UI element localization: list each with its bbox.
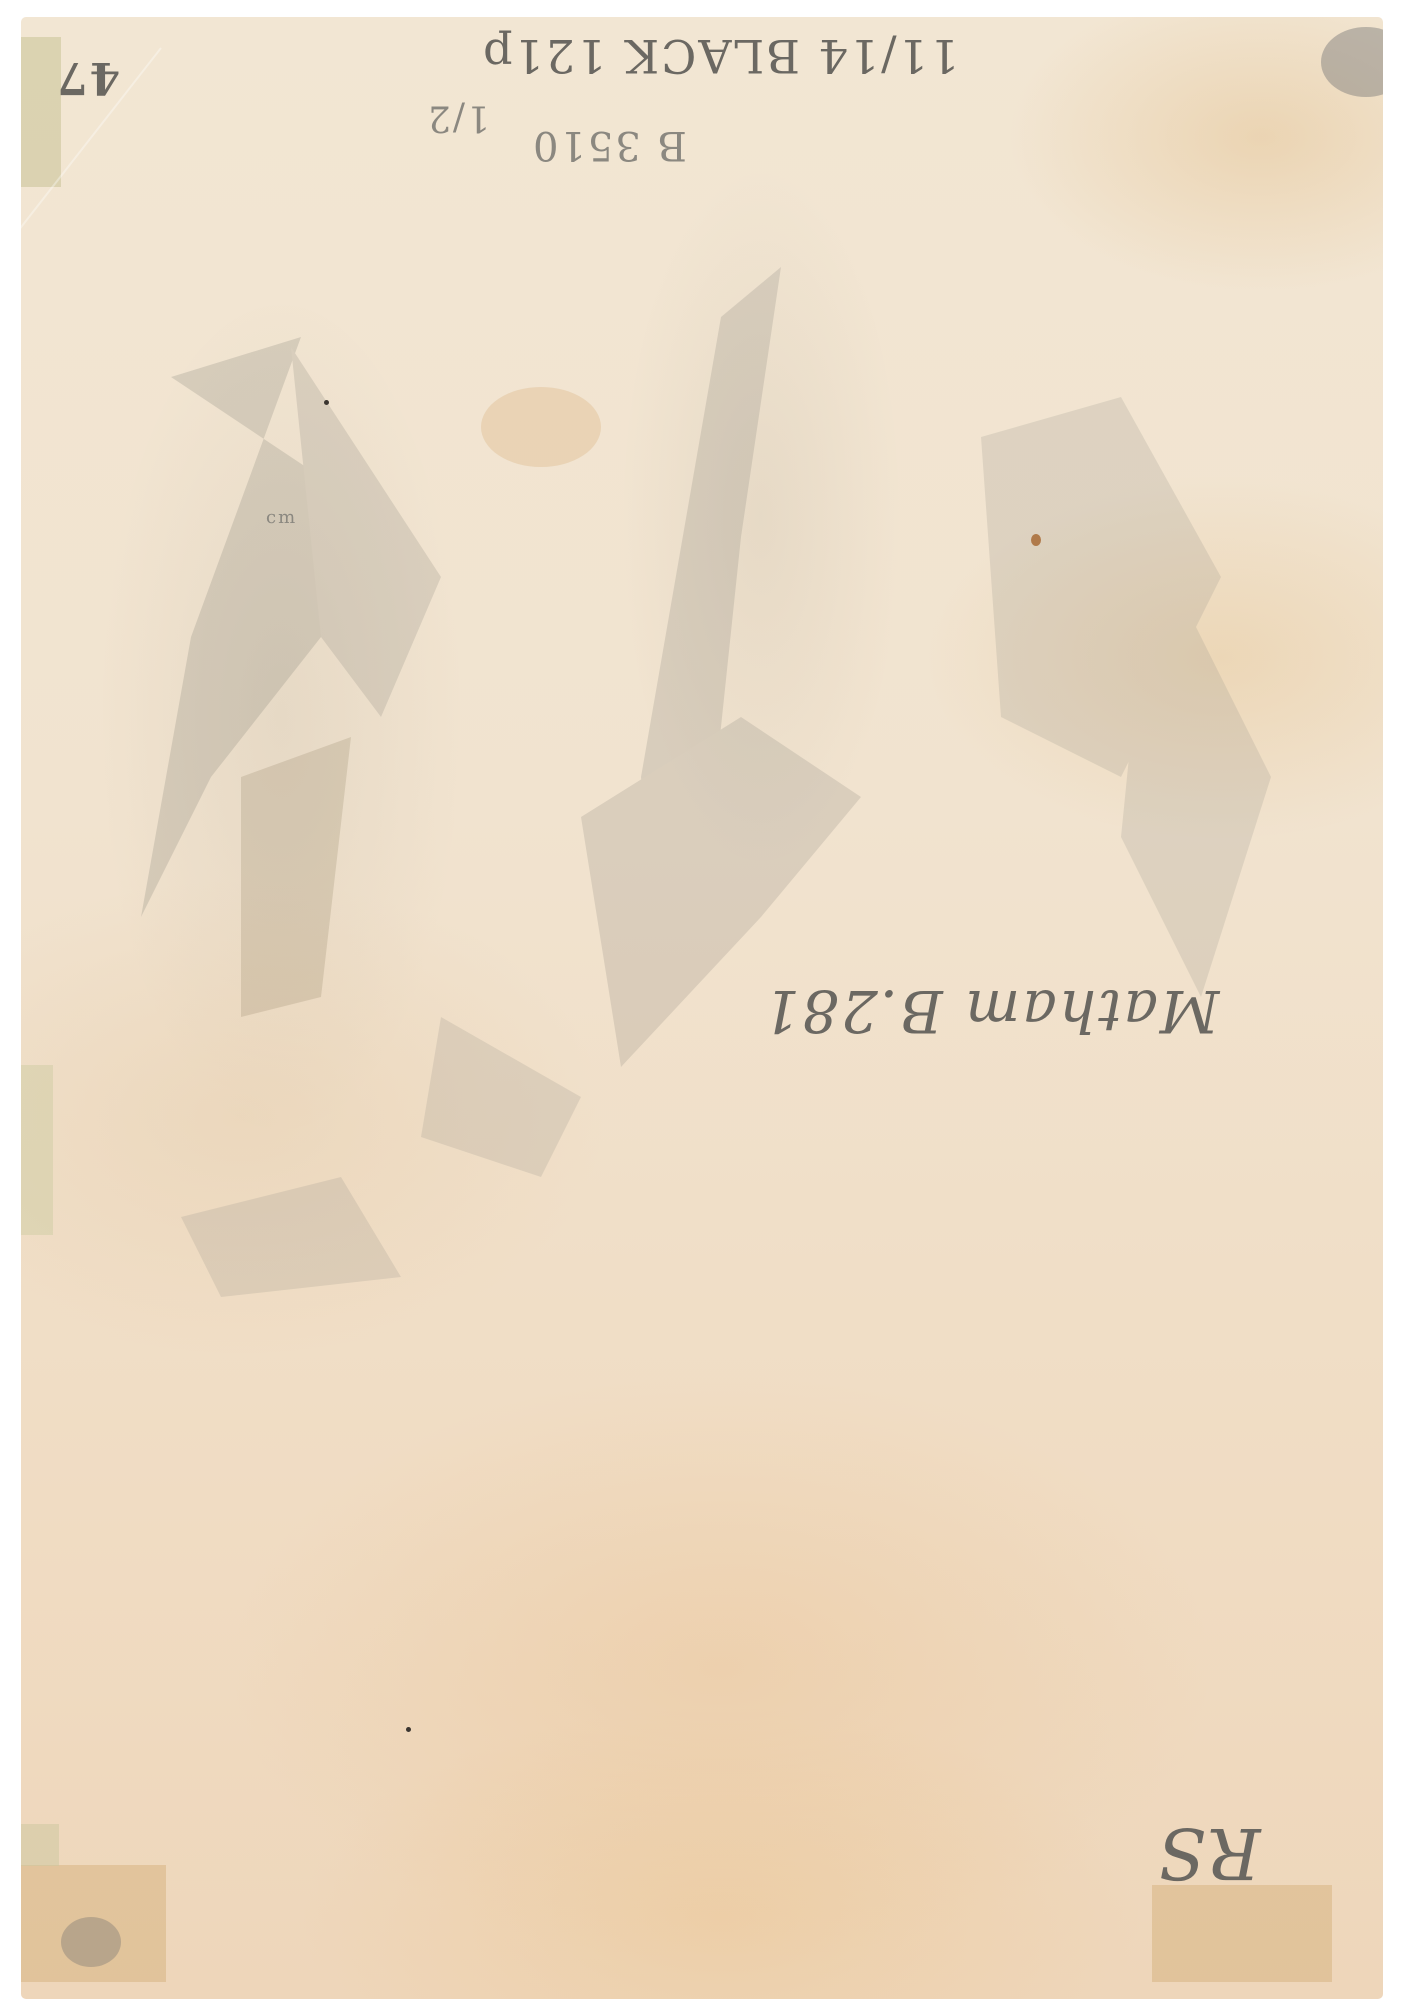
foxing-patch [481,387,601,467]
inscription-top-line: 11/14 BLACK 121p [481,29,959,83]
inscription-attribution: Matham B.281 [761,977,1219,1045]
inscription-faint-mark: cm [266,507,297,528]
foxing-spot [1031,534,1041,546]
inscription-number: 47 [55,52,120,103]
inscription-fraction: 1/2 [426,97,490,138]
inscription-catalogue-ref: B 3510 [531,122,687,168]
paper-sheet: 47 11/14 BLACK 121p B 3510 1/2 cm Matham… [21,17,1383,1999]
inscription-initials: RS [1156,1812,1261,1894]
tape-remnant-bottom-right [1152,1885,1332,1982]
mold-spot [1321,27,1383,97]
foxing-spot [324,400,329,405]
tape-remnant-bottom-left [21,1865,166,1982]
foxing-spot [406,1727,411,1732]
tape-remnant-left-middle [21,1065,53,1235]
tape-remnant-bottom-left-small [21,1824,59,1866]
